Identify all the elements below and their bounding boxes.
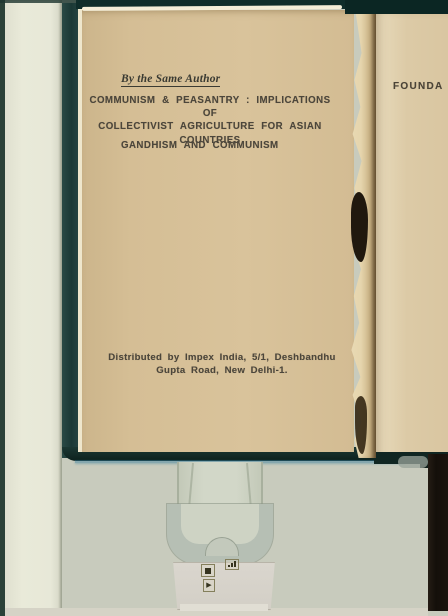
cover-edge-right-dark bbox=[428, 454, 448, 611]
torn-hole-bottom bbox=[355, 396, 367, 454]
distributor-block: Distributed by Impex India, 5/1, Deshban… bbox=[96, 352, 348, 378]
book-title-line-2: COLLECTIVIST AGRICULTURE FOR ASIAN bbox=[85, 120, 335, 133]
by-same-author-heading: By the Same Author bbox=[121, 73, 220, 87]
scanner-base-foot bbox=[180, 604, 268, 611]
book-corner-tab bbox=[398, 456, 428, 468]
scanner-base bbox=[171, 562, 277, 610]
second-book-title: GANDHISM AND COMMUNISM bbox=[121, 140, 279, 151]
camera-icon bbox=[201, 564, 215, 577]
play-icon-glyph: ▶ bbox=[206, 582, 211, 589]
right-page-partial-title: FOUNDA bbox=[393, 81, 444, 92]
cover-board-spine bbox=[62, 3, 79, 458]
play-icon: ▶ bbox=[203, 579, 215, 592]
scanned-book-photo: By the Same Author COMMUNISM & PEASANTRY… bbox=[0, 0, 448, 616]
distributor-line-1: Distributed by Impex India, 5/1, Deshban… bbox=[96, 352, 348, 365]
torn-hole-top bbox=[351, 192, 368, 262]
camera-icon-glyph bbox=[205, 568, 211, 574]
top-board-strip-right bbox=[345, 0, 448, 14]
endpaper-strip bbox=[5, 0, 62, 616]
cover-edge-left-strip bbox=[0, 0, 5, 616]
distributor-line-2: Gupta Road, New Delhi-1. bbox=[96, 365, 348, 378]
book-title-line-1: COMMUNISM & PEASANTRY : IMPLICATIONS OF bbox=[85, 94, 335, 120]
book-title-block: COMMUNISM & PEASANTRY : IMPLICATIONS OF … bbox=[85, 94, 335, 147]
signal-bars-icon bbox=[225, 559, 239, 570]
